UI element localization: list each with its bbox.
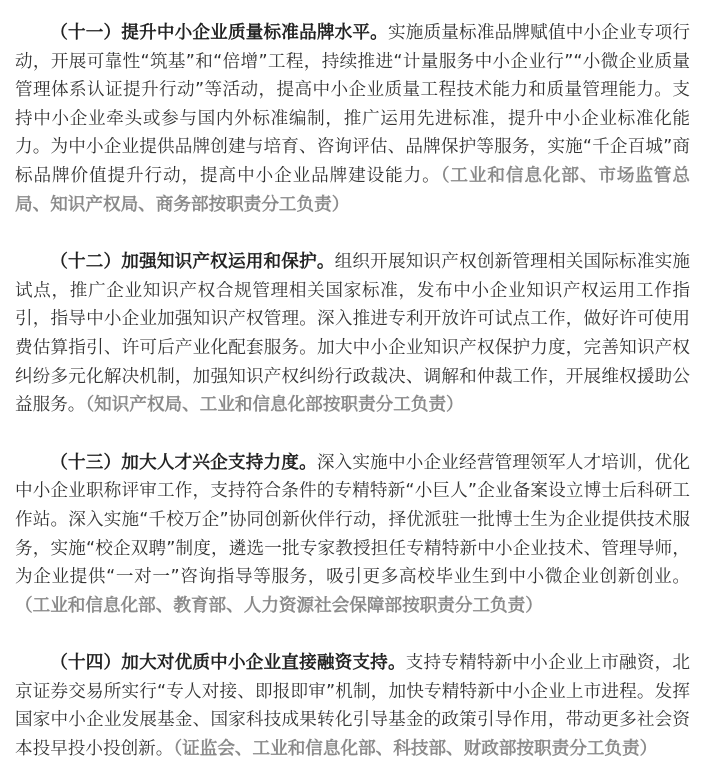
section-body: 组织开展知识产权创新管理相关国际标准实施试点，推广企业知识产权合规管理相关国家标… (15, 252, 690, 415)
responsible-departments: （知识产权局、工业和信息化部按职责分工负责） (85, 395, 463, 415)
section-11-paragraph: （十一）提升中小企业质量标准品牌水平。实施质量标准品牌赋值中小企业专项行动，开展… (15, 19, 690, 219)
section-14-paragraph: （十四）加大对优质中小企业直接融资支持。支持专精特新中小企业上市融资，北京证券交… (15, 649, 690, 763)
section-heading: （十二）加强知识产权运用和保护。 (50, 252, 334, 272)
section-13-paragraph: （十三）加大人才兴企支持力度。深入实施中小企业经营管理领军人才培训，优化中小企业… (15, 449, 690, 621)
section-body: 实施质量标准品牌赋值中小企业专项行动，开展可靠性“筑基”和“倍增”工程，持续推进… (15, 23, 690, 186)
section-heading: （十一）提升中小企业质量标准品牌水平。 (50, 23, 388, 43)
responsible-departments: （工业和信息化部、教育部、人力资源社会保障部按职责分工负责） (15, 596, 543, 616)
section-heading: （十四）加大对优质中小企业直接融资支持。 (50, 653, 406, 673)
document-body: （十一）提升中小企业质量标准品牌水平。实施质量标准品牌赋值中小企业专项行动，开展… (0, 0, 704, 764)
section-12-paragraph: （十二）加强知识产权运用和保护。组织开展知识产权创新管理相关国际标准实施试点，推… (15, 248, 690, 420)
responsible-departments: （证监会、工业和信息化部、科技部、财政部按职责分工负责） (173, 739, 657, 759)
section-heading: （十三）加大人才兴企支持力度。 (50, 453, 317, 473)
